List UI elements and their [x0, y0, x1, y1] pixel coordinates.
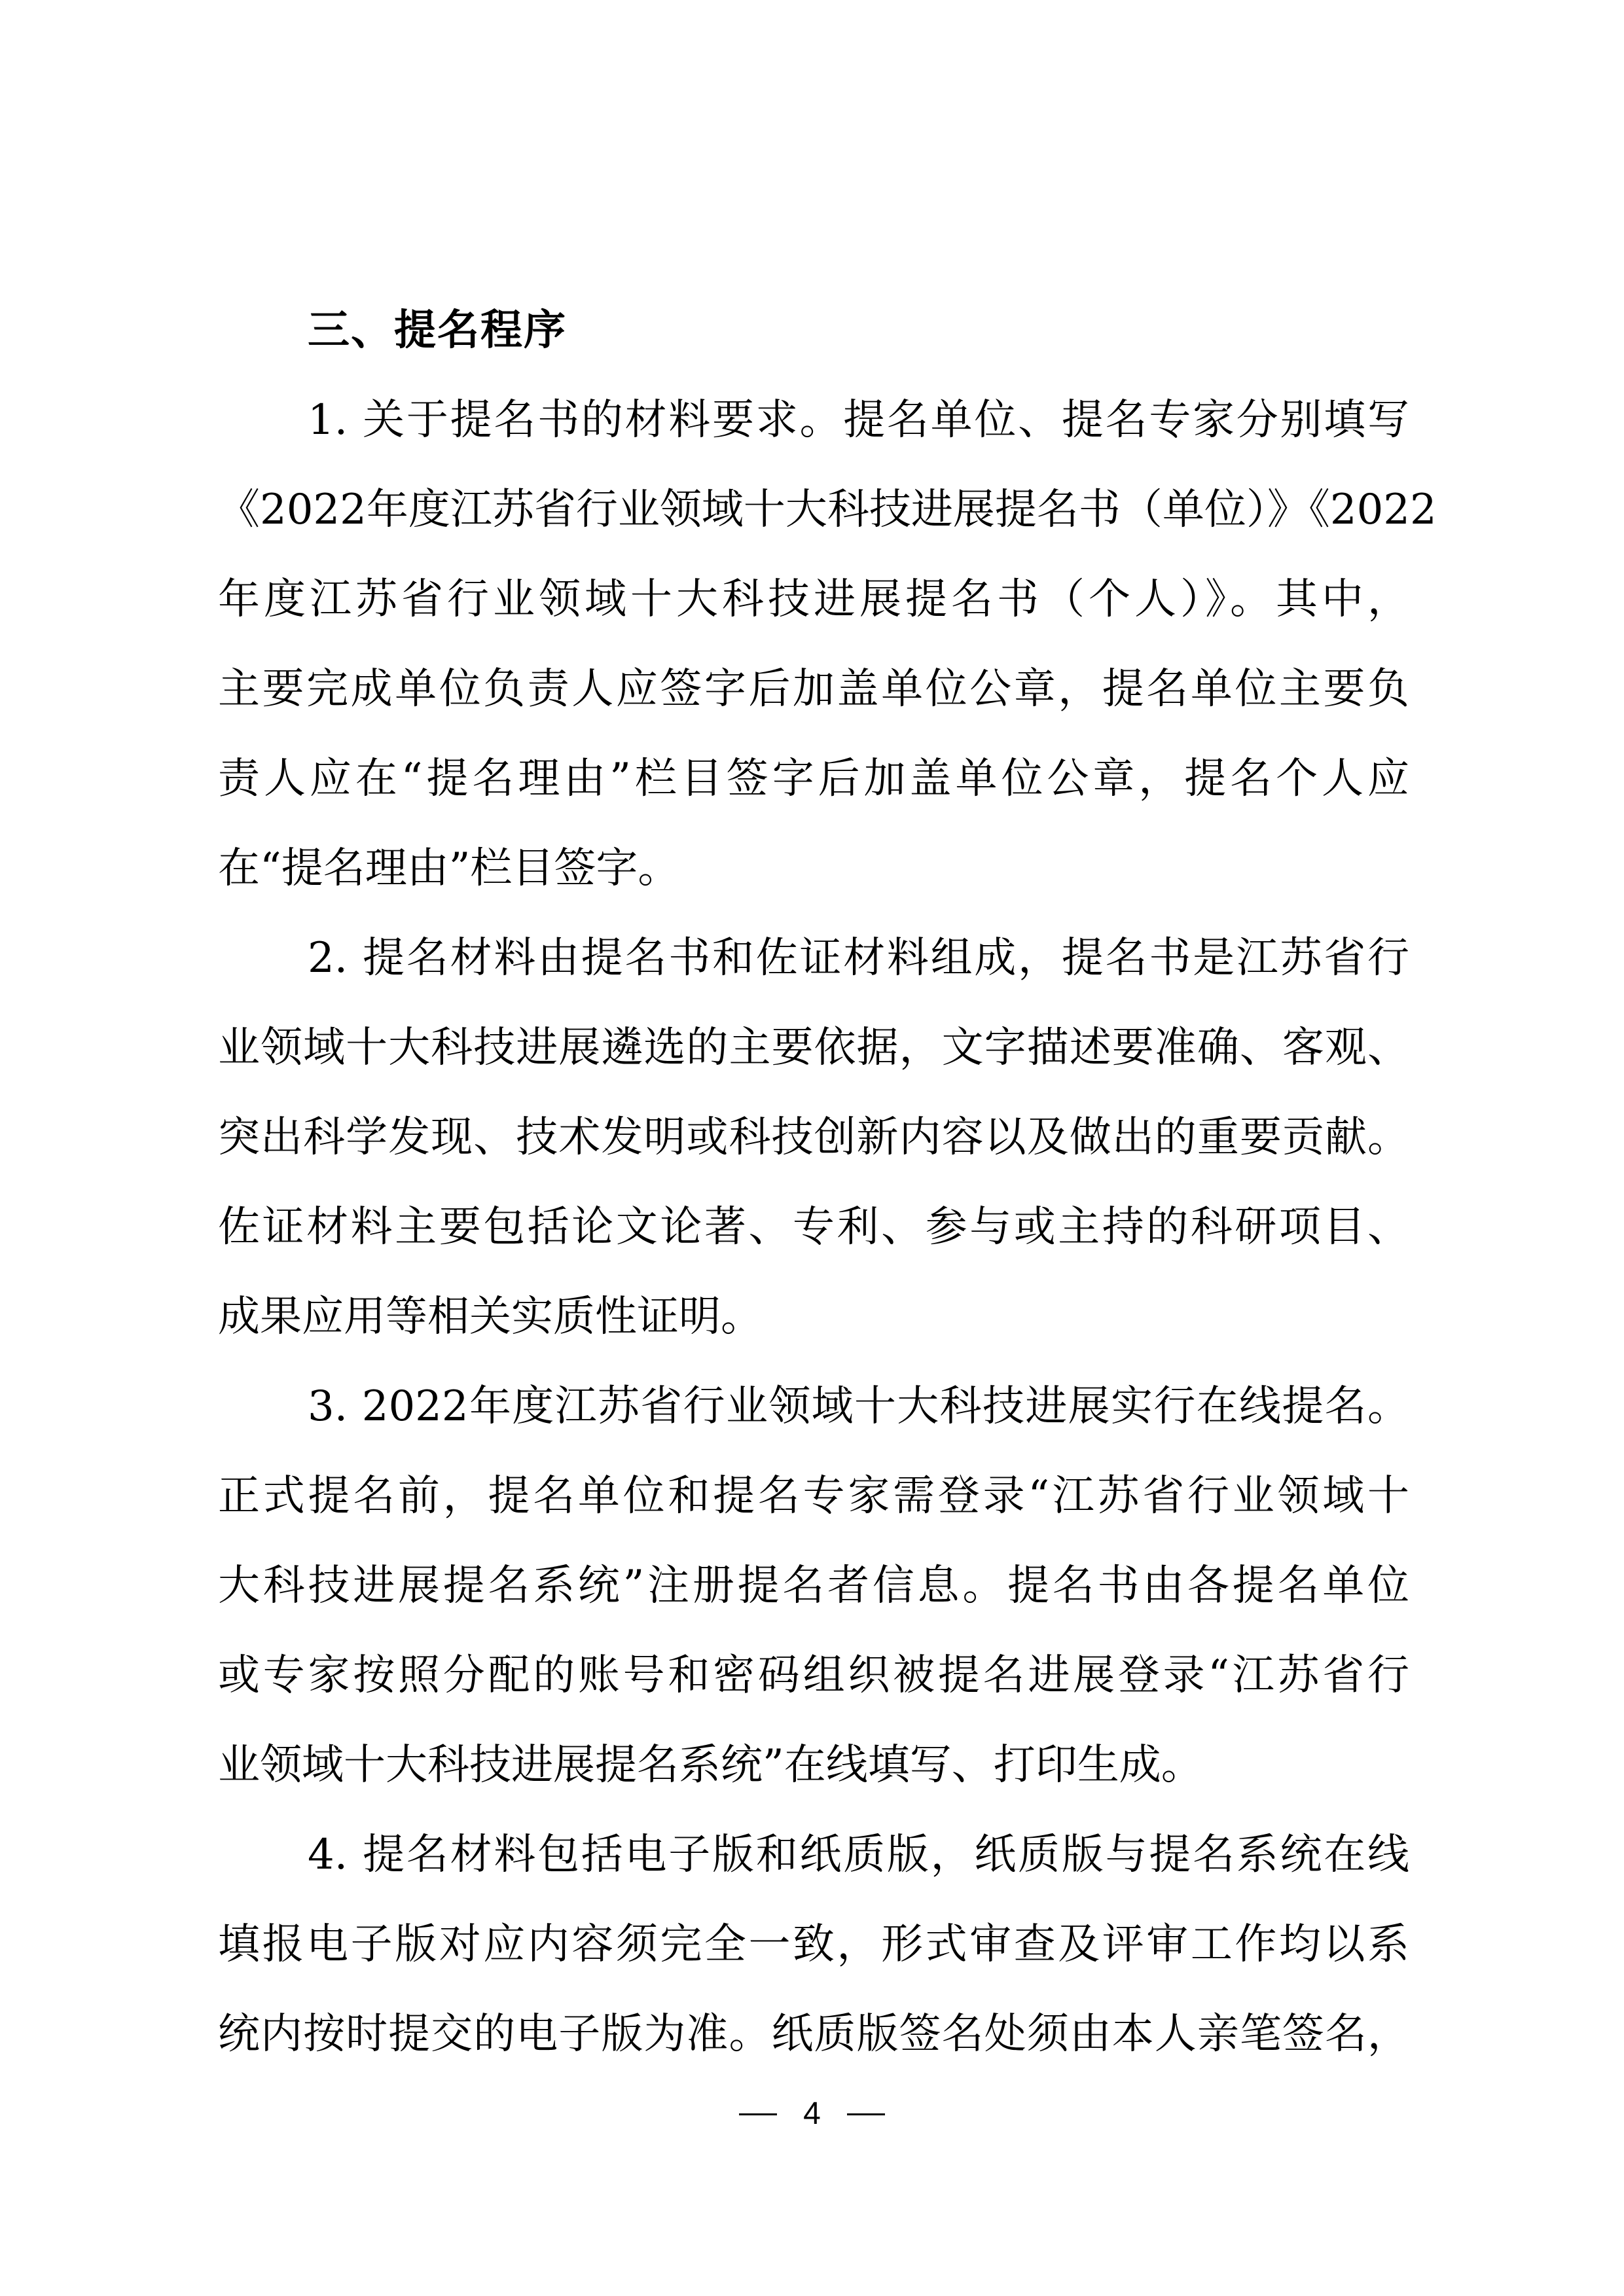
paragraph-line: 《2022年度江苏省行业领域十大科技进展提名书（单位）》《2022 [218, 477, 1409, 543]
paragraph-line: 佐证材料主要包括论文论著、专利、参与或主持的科研项目、 [218, 1194, 1409, 1260]
paragraph-line: 4. 提名材料包括电子版和纸质版，纸质版与提名系统在线 [308, 1822, 1409, 1888]
paragraph-line: 1. 关于提名书的材料要求。提名单位、提名专家分别填写 [308, 387, 1409, 453]
paragraph-line: 年度江苏省行业领域十大科技进展提名书（个人）》。其中， [218, 567, 1409, 632]
paragraph-line: 业领域十大科技进展遴选的主要依据，文字描述要准确、客观、 [218, 1015, 1409, 1081]
paragraph-line: 或专家按照分配的账号和密码组织被提名进展登录“江苏省行 [218, 1643, 1409, 1708]
paragraph-line: 大科技进展提名系统”注册提名者信息。提名书由各提名单位 [218, 1553, 1409, 1619]
paragraph-line: 统内按时提交的电子版为准。纸质版签名处须由本人亲笔签名， [218, 2001, 1409, 2067]
page-number: 4 [803, 2098, 821, 2130]
paragraph-line: 正式提名前，提名单位和提名专家需登录“江苏省行业领域十 [218, 1463, 1409, 1529]
section-heading: 三、提名程序 [308, 298, 567, 363]
paragraph-line: 成果应用等相关实质性证明。 [218, 1284, 1409, 1350]
document-page: 三、提名程序 1. 关于提名书的材料要求。提名单位、提名专家分别填写 《2022… [0, 0, 1624, 2296]
paragraph-line: 责人应在“提名理由”栏目签字后加盖单位公章，提名个人应 [218, 746, 1409, 812]
paragraph-line: 主要完成单位负责人应签字后加盖单位公章，提名单位主要负 [218, 656, 1409, 722]
paragraph-line: 2. 提名材料由提名书和佐证材料组成，提名书是江苏省行 [308, 925, 1409, 991]
dash-left-decoration [739, 2113, 777, 2115]
paragraph-line: 业领域十大科技进展提名系统”在线填写、打印生成。 [218, 1732, 1409, 1798]
paragraph-line: 突出科学发现、技术发明或科技创新内容以及做出的重要贡献。 [218, 1105, 1409, 1170]
paragraph-line: 填报电子版对应内容须完全一致，形式审查及评审工作均以系 [218, 1912, 1409, 1977]
paragraph-line: 在“提名理由”栏目签字。 [218, 836, 1409, 901]
paragraph-line: 3. 2022年度江苏省行业领域十大科技进展实行在线提名。 [308, 1374, 1409, 1439]
page-footer: 4 [0, 2081, 1624, 2147]
dash-right-decoration [847, 2113, 885, 2115]
